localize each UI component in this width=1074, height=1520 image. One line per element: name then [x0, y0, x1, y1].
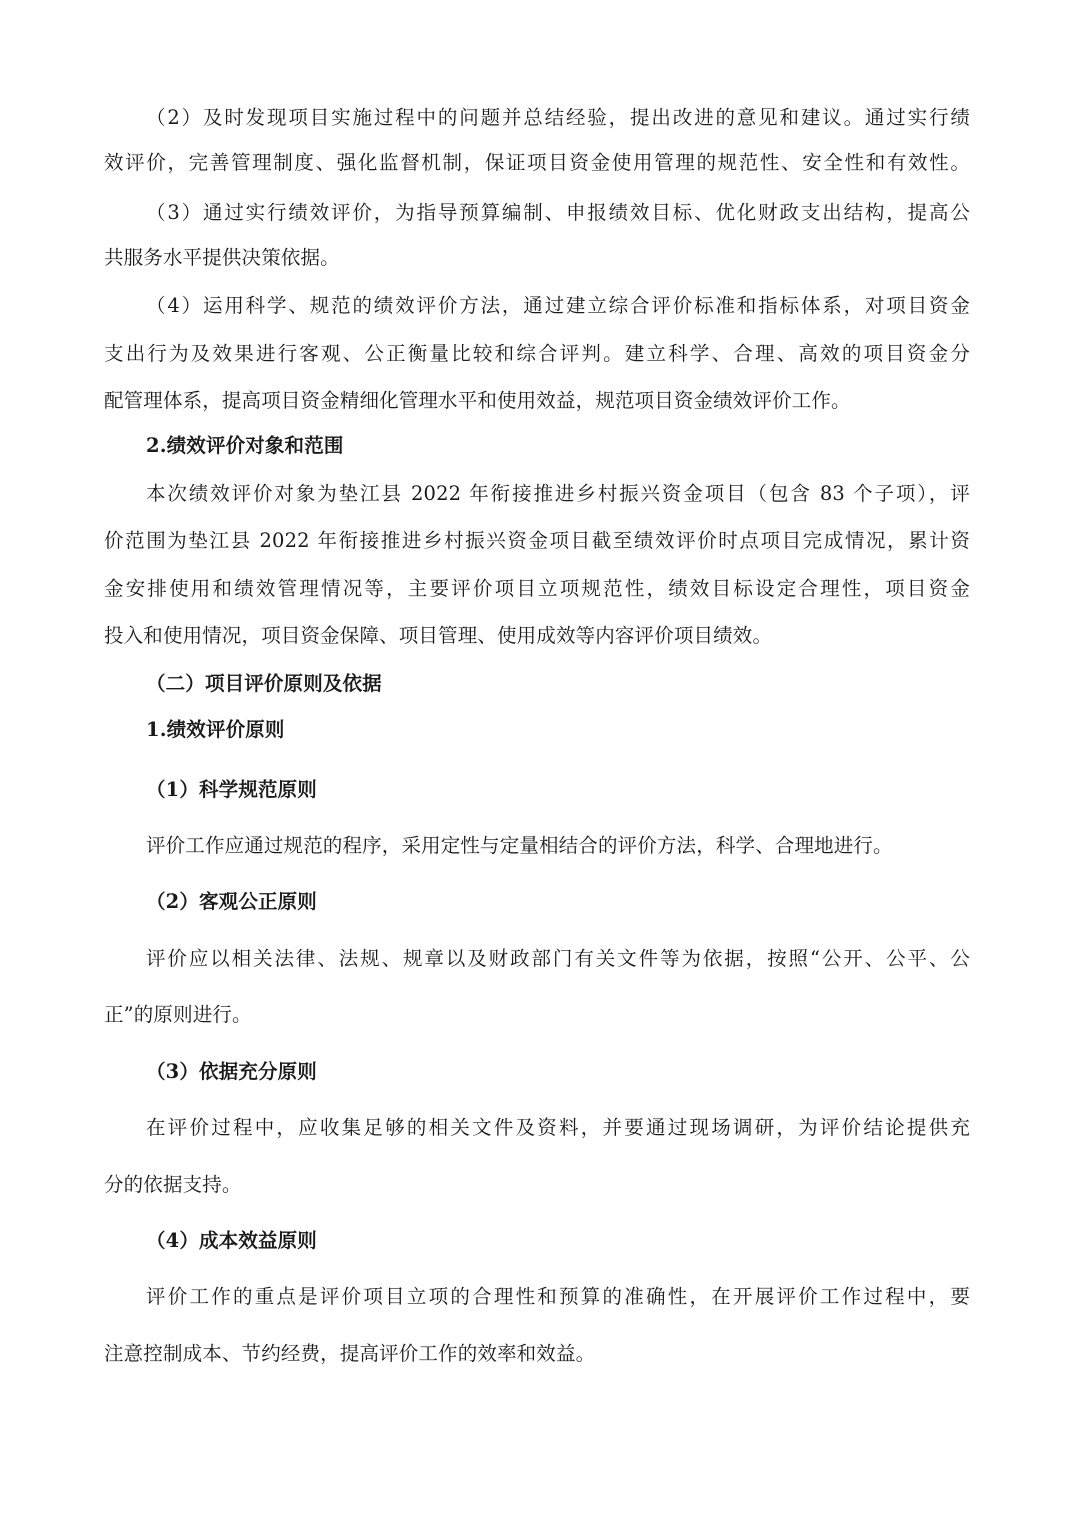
paragraph-line: 投入和使用情况，项目资金保障、项目管理、使用成效等内容评价项目绩效。 [104, 624, 970, 648]
paragraph-line: 本次绩效评价对象为垫江县 2022 年衔接推进乡村振兴资金项目（包含 83 个子… [146, 482, 970, 506]
paragraph-line: 价范围为垫江县 2022 年衔接推进乡村振兴资金项目截至绩效评价时点项目完成情况… [104, 529, 970, 553]
paragraph-line: 共服务水平提供决策依据。 [104, 246, 970, 270]
paragraph-line: （4）运用科学、规范的绩效评价方法，通过建立综合评价标准和指标体系，对项目资金 [146, 294, 970, 318]
section-heading: 1.绩效评价原则 [146, 718, 970, 742]
section-heading: （二）项目评价原则及依据 [146, 672, 970, 696]
paragraph-line: 配管理体系，提高项目资金精细化管理水平和使用效益，规范项目资金绩效评价工作。 [104, 389, 970, 413]
paragraph-line: 评价应以相关法律、法规、规章以及财政部门有关文件等为依据，按照“公开、公平、公 [146, 947, 970, 971]
section-heading: 2.绩效评价对象和范围 [146, 434, 970, 458]
paragraph-line: （3）通过实行绩效评价，为指导预算编制、申报绩效目标、优化财政支出结构，提高公 [146, 201, 970, 225]
paragraph-line: 评价工作的重点是评价项目立项的合理性和预算的准确性，在开展评价工作过程中，要 [146, 1285, 970, 1309]
paragraph-line: 分的依据支持。 [104, 1173, 970, 1197]
paragraph-line: 注意控制成本、节约经费，提高评价工作的效率和效益。 [104, 1342, 970, 1366]
subsection-heading: （1）科学规范原则 [146, 778, 970, 802]
paragraph-line: 效评价，完善管理制度、强化监督机制，保证项目资金使用管理的规范性、安全性和有效性… [104, 151, 970, 175]
paragraph-line: （2）及时发现项目实施过程中的问题并总结经验，提出改进的意见和建议。通过实行绩 [146, 106, 970, 130]
subsection-heading: （2）客观公正原则 [146, 890, 970, 914]
paragraph-line: 在评价过程中，应收集足够的相关文件及资料，并要通过现场调研，为评价结论提供充 [146, 1116, 970, 1140]
subsection-heading: （4）成本效益原则 [146, 1229, 970, 1253]
paragraph-line: 金安排使用和绩效管理情况等，主要评价项目立项规范性，绩效目标设定合理性，项目资金 [104, 577, 970, 601]
subsection-heading: （3）依据充分原则 [146, 1060, 970, 1084]
paragraph-line: 正”的原则进行。 [104, 1003, 970, 1027]
paragraph-line: 评价工作应通过规范的程序，采用定性与定量相结合的评价方法，科学、合理地进行。 [146, 834, 970, 858]
paragraph-line: 支出行为及效果进行客观、公正衡量比较和综合评判。建立科学、合理、高效的项目资金分 [104, 342, 970, 366]
